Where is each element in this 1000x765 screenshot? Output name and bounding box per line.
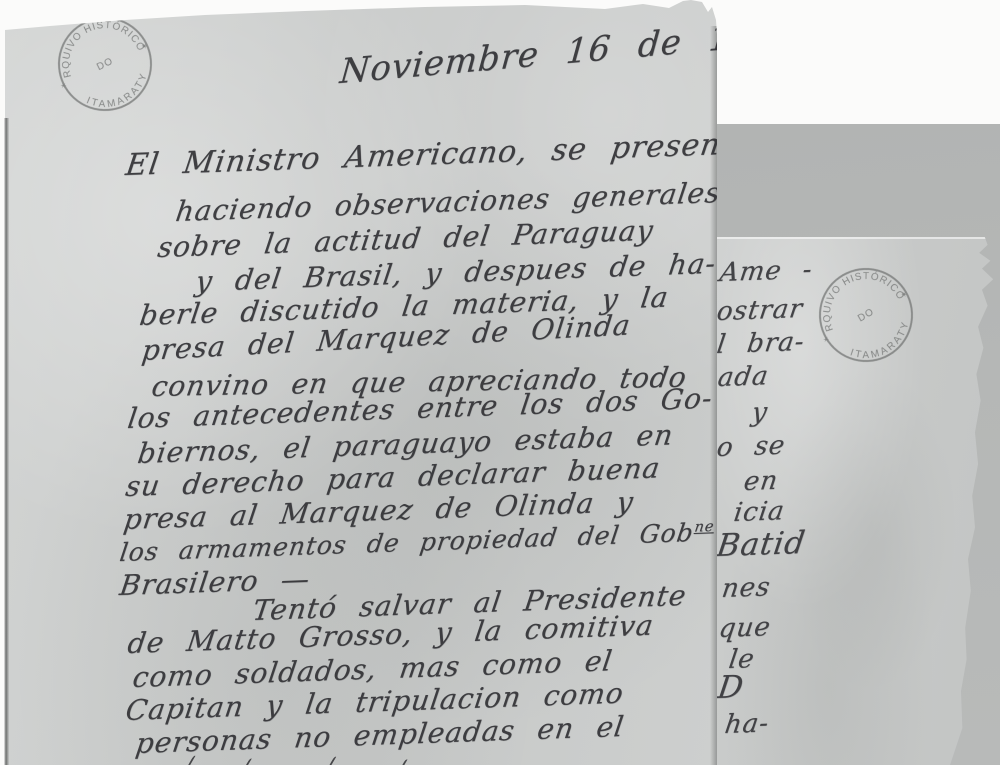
page2-text-fragment: nes <box>720 572 773 604</box>
document-scan: Ame - ostrar l bra- ada y o se en icia B… <box>0 0 1000 765</box>
stamp-center-text: DO <box>856 306 876 324</box>
page-1-manuscript: ARQUIVO HISTÓRICO ITAMARATY DO ✶ ✶ Novie… <box>5 0 717 765</box>
svg-text:ITAMARATY: ITAMARATY <box>82 67 158 121</box>
page2-text-fragment: o se <box>715 431 788 464</box>
page2-text-fragment: ha- <box>723 708 771 740</box>
svg-text:ITAMARATY: ITAMARATY <box>845 315 921 373</box>
page2-text-fragment: icia <box>732 496 787 528</box>
stamp-center-text: DO <box>95 56 115 73</box>
svg-text:ARQUIVO HISTÓRICO: ARQUIVO HISTÓRICO <box>18 0 146 98</box>
stamp-arc-top-text: ARQUIVO HISTÓRICO <box>18 0 146 98</box>
stamp-arc-bottom-text: ITAMARATY <box>845 315 921 373</box>
manuscript-line: El Ministro Americano, se presenta <box>124 126 756 183</box>
page2-text-fragment: ada <box>716 361 771 393</box>
date-line: Noviembre 16 de 1864 <box>338 12 801 93</box>
page-left-edge-line <box>4 118 9 765</box>
archive-stamp: ARQUIVO HISTÓRICO ITAMARATY DO ✶ ✶ <box>18 0 192 151</box>
page2-text-fragment: D <box>715 669 746 706</box>
stamp-arc-bottom-text: ITAMARATY <box>82 67 158 121</box>
superscript-abbreviation: ne <box>693 519 715 536</box>
clipped-ink-stroke <box>401 759 410 765</box>
clipped-ink-stroke <box>328 756 339 765</box>
page2-text-fragment: Batid <box>714 525 808 564</box>
page2-text-fragment: que <box>717 612 773 644</box>
page2-text-fragment: en <box>742 466 780 497</box>
clipped-ink-stroke <box>244 758 254 765</box>
page2-text-fragment: l bra- <box>715 327 807 360</box>
